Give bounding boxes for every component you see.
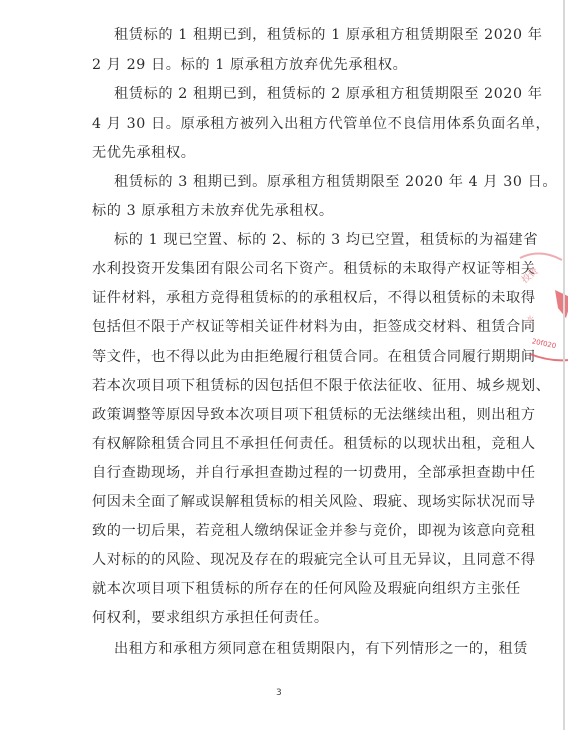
stamp-code: 20f020 bbox=[531, 337, 557, 350]
text-line: 等文件，也不得以此为由拒绝履行租赁合同。在租赁合同履行期期间 bbox=[92, 347, 536, 367]
text-line: 致的一切后果，若竞租人缴纳保证金并参与竞价，即视为该意向竞租 bbox=[92, 521, 536, 541]
text-line: 无优先承租权。 bbox=[92, 143, 196, 163]
svg-text:投资: 投资 bbox=[519, 264, 541, 285]
text-line: 有权解除租赁合同且不承担任何责任。租赁标的以现状出租，竞租人 bbox=[92, 434, 536, 454]
document-page: 租赁标的 1 租期已到，租赁标的 1 原承租方租赁期限至 2020 年2 月 2… bbox=[0, 0, 568, 730]
text-line: 自行查勘现场，并自行承担查勘过程的一切费用，全部承担查勘中任 bbox=[92, 463, 536, 483]
text-line: 出租方和承租方须同意在租赁期限内，有下列情形之一的，租赁 bbox=[114, 639, 528, 659]
text-line: 包括但不限于产权证等相关证件材料为由，拒签成交材料、租赁合同 bbox=[92, 317, 536, 337]
page-number: 3 bbox=[276, 688, 282, 698]
text-line: 标的 1 现已空置、标的 2、标的 3 均已空置，租赁标的为福建省 bbox=[114, 230, 538, 250]
text-line: 就本次项目项下租赁标的所存在的任何风险及瑕疵向组织方主张任 bbox=[92, 579, 521, 599]
text-line: 证件材料，承租方竞得租赁标的的承租权后，不得以租赁标的未取得 bbox=[92, 288, 536, 308]
red-seal-stamp: 投资 水 20f020 bbox=[500, 250, 568, 370]
text-line: 何权利，要求组织方承担任何责任。 bbox=[92, 608, 329, 628]
text-line: 租赁标的 1 租期已到，租赁标的 1 原承租方租赁期限至 2020 年 bbox=[114, 25, 543, 45]
text-line: 水利投资开发集团有限公司名下资产。租赁标的未取得产权证等相关 bbox=[92, 259, 536, 279]
text-line: 租赁标的 2 租期已到，租赁标的 2 原承租方租赁期限至 2020 年 bbox=[114, 84, 543, 104]
text-line: 若本次项目项下租赁标的因包括但不限于依法征收、征用、城乡规划、 bbox=[92, 376, 550, 396]
text-line: 人对标的的风险、现况及存在的瑕疵完全认可且无异议，且同意不得 bbox=[92, 550, 536, 570]
text-line: 2 月 29 日。标的 1 原承租方放弃优先承租权。 bbox=[92, 55, 407, 75]
text-line: 4 月 30 日。原承租方被列入出租方代管单位不良信用体系负面名单， bbox=[92, 114, 550, 134]
text-line: 租赁标的 3 租期已到。原承租方租赁期限至 2020 年 4 月 30 日。 bbox=[114, 172, 557, 192]
page-edge bbox=[563, 0, 565, 730]
text-line: 政策调整等原因导致本次项目项下租赁标的无法继续出租，则出租方 bbox=[92, 405, 536, 425]
text-line: 标的 3 原承租方未放弃优先承租权。 bbox=[92, 201, 334, 221]
text-line: 何因未全面了解或误解租赁标的相关风险、瑕疵、现场实际状况而导 bbox=[92, 492, 536, 512]
svg-text:水: 水 bbox=[526, 314, 534, 324]
